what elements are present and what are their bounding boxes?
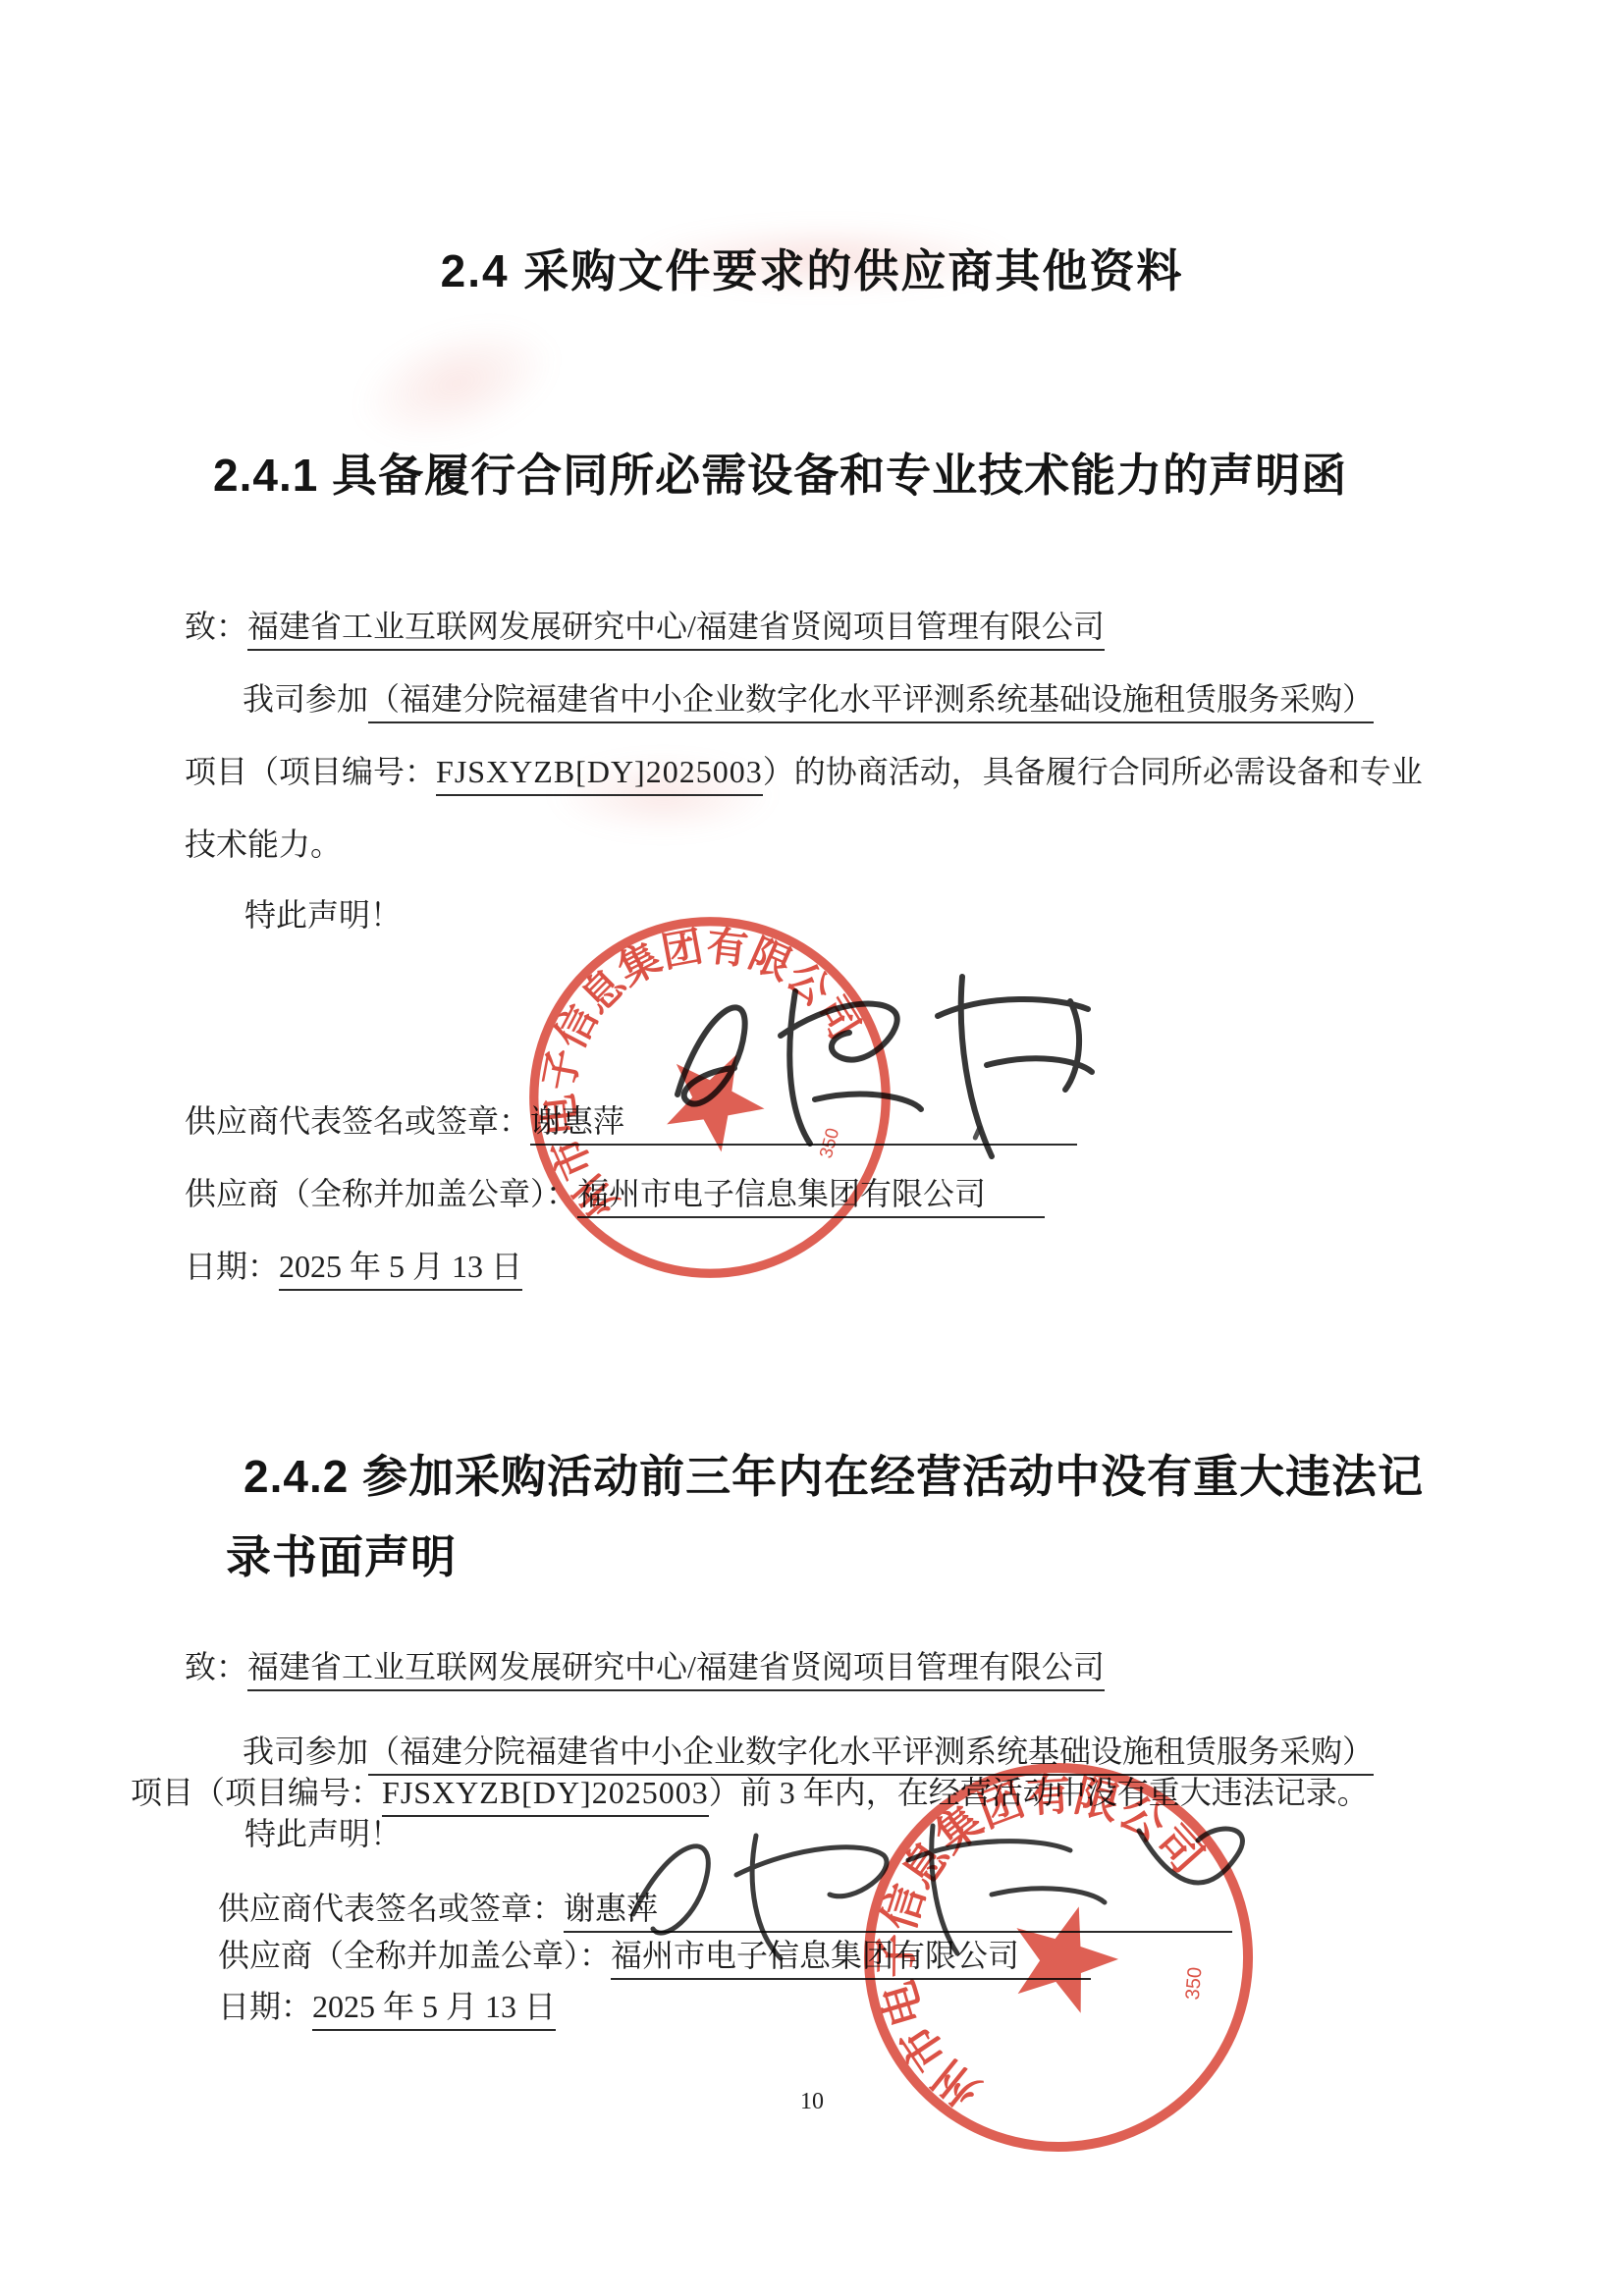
date-label: 日期： — [185, 1249, 279, 1284]
project-code-prefix: 项目（项目编号： — [185, 754, 436, 789]
addressee-label: 致： — [185, 609, 247, 644]
project-name: （福建分院福建省中小企业数字化水平评测系统基础设施租赁服务采购） — [368, 1732, 1374, 1776]
addressee-recipient: 福建省工业互联网发展研究中心/福建省贤阅项目管理有限公司 — [247, 607, 1105, 651]
participation-line-2: 项目（项目编号：FJSXYZB[DY]2025003）的协商活动，具备履行合同所… — [185, 752, 1423, 796]
rep-signature-row: 供应商代表签名或签章：谢惠萍 — [185, 1101, 1077, 1146]
addressee-line: 致：福建省工业互联网发展研究中心/福建省贤阅项目管理有限公司 — [185, 607, 1105, 651]
project-line-suffix: ）前 3 年内，在经营活动中没有重大违法记录。 — [709, 1775, 1369, 1810]
supplier-name: 福州市电子信息集团有限公司 — [611, 1936, 1091, 1980]
rep-signature-row-2: 供应商代表签名或签章：谢惠萍 — [218, 1889, 1232, 1933]
supplier-name: 福州市电子信息集团有限公司 — [577, 1174, 1045, 1218]
declaration-line: 特此声明！ — [244, 895, 402, 934]
stamp-ghost-artifact — [342, 299, 571, 466]
project-code: FJSXYZB[DY]2025003 — [382, 1773, 709, 1817]
participate-prefix: 我司参加 — [243, 1734, 368, 1769]
addressee-label: 致： — [185, 1649, 247, 1684]
section-2-4-2-heading-line2: 录书面声明 — [226, 1529, 457, 1586]
date-row: 日期：2025 年 5 月 13 日 — [185, 1247, 522, 1291]
rep-signature-name: 谢惠萍 — [564, 1889, 1232, 1933]
svg-text:福州市电子信息集团有限公司: 福州市电子信息集团有限公司 — [439, 827, 876, 1289]
date-label: 日期： — [218, 1989, 312, 2024]
participation-line-1: 我司参加（福建分院福建省中小企业数字化水平评测系统基础设施租赁服务采购） — [243, 679, 1374, 723]
document-page: 2.4 采购文件要求的供应商其他资料 2.4.1 具备履行合同所必需设备和专业技… — [0, 0, 1624, 2296]
supplier-label: 供应商（全称并加盖公章）： — [185, 1176, 577, 1211]
project-line-suffix: ）的协商活动，具备履行合同所必需设备和专业 — [763, 754, 1423, 789]
rep-signature-name: 谢惠萍 — [530, 1101, 1077, 1146]
page-number: 10 — [0, 2087, 1624, 2116]
participate-prefix: 我司参加 — [243, 681, 368, 717]
section-2-4-2-heading-line1: 2.4.2 参加采购活动前三年内在经营活动中没有重大违法记 — [244, 1449, 1424, 1506]
date-value: 2025 年 5 月 13 日 — [312, 1987, 556, 2031]
project-name: （福建分院福建省中小企业数字化水平评测系统基础设施租赁服务采购） — [368, 679, 1374, 723]
section-2-4-1-heading: 2.4.1 具备履行合同所必需设备和专业技术能力的声明函 — [213, 448, 1347, 505]
project-code: FJSXYZB[DY]2025003 — [436, 752, 763, 796]
seal-company-name: 福州市电子信息集团有限公司 — [439, 827, 876, 1289]
seal-ring — [461, 849, 959, 1347]
date-value: 2025 年 5 月 13 日 — [279, 1247, 522, 1291]
date-row-2: 日期：2025 年 5 月 13 日 — [218, 1987, 556, 2031]
declaration-line-2: 特此声明！ — [244, 1814, 402, 1853]
supplier-row-2: 供应商（全称并加盖公章）：福州市电子信息集团有限公司 — [218, 1936, 1091, 1980]
rep-signature-label: 供应商代表签名或签章： — [185, 1103, 530, 1139]
document-title: 2.4 采购文件要求的供应商其他资料 — [0, 243, 1624, 300]
supplier-row: 供应商（全称并加盖公章）：福州市电子信息集团有限公司 — [185, 1174, 1045, 1218]
seal-code-digits: 350 — [1182, 1966, 1207, 2001]
participation2-line-2: 项目（项目编号：FJSXYZB[DY]2025003）前 3 年内，在经营活动中… — [131, 1773, 1369, 1817]
project-code-prefix: 项目（项目编号： — [131, 1775, 382, 1810]
addressee-line-2: 致：福建省工业互联网发展研究中心/福建省贤阅项目管理有限公司 — [185, 1647, 1105, 1691]
addressee-recipient: 福建省工业互联网发展研究中心/福建省贤阅项目管理有限公司 — [247, 1647, 1105, 1691]
rep-signature-label: 供应商代表签名或签章： — [218, 1891, 564, 1926]
participation-line-3: 技术能力。 — [185, 825, 342, 864]
supplier-label: 供应商（全称并加盖公章）： — [218, 1938, 611, 1973]
participation2-line-1: 我司参加（福建分院福建省中小企业数字化水平评测系统基础设施租赁服务采购） — [243, 1732, 1374, 1776]
